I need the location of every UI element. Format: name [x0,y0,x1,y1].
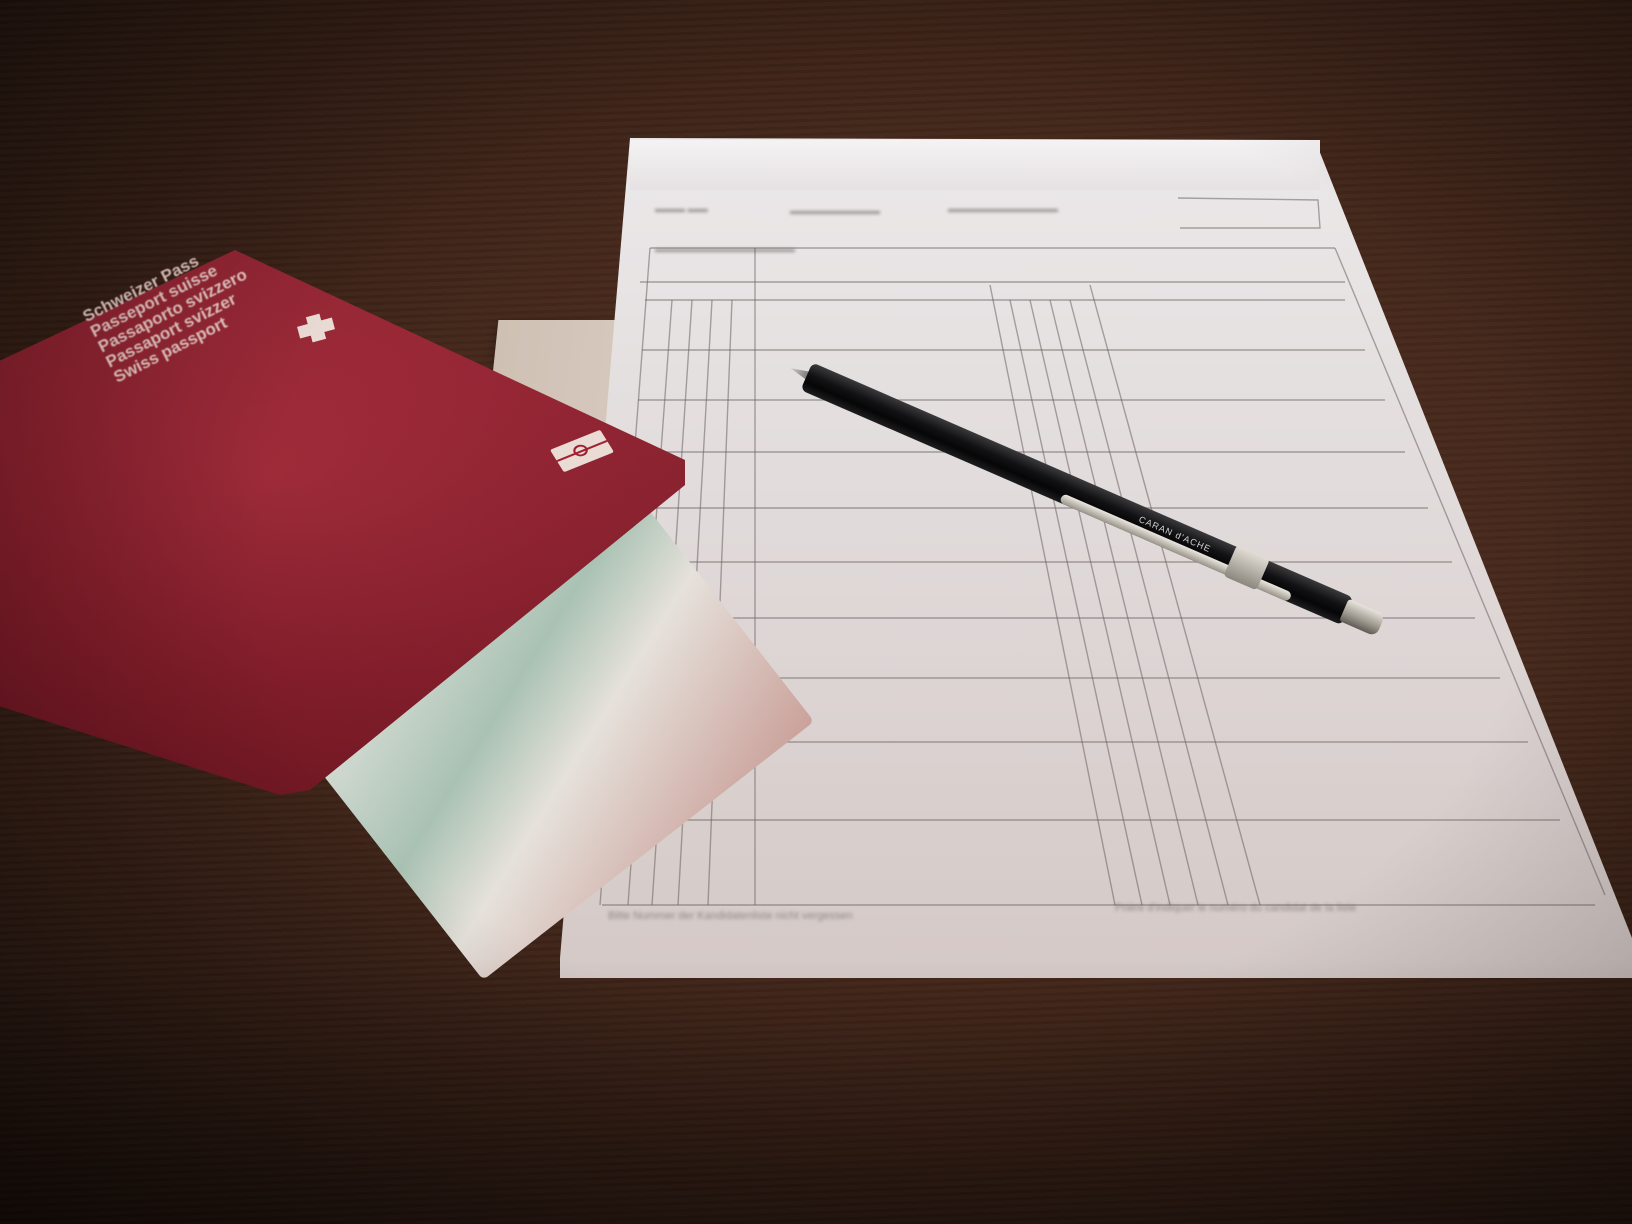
form-header-field: ▬▬▬▬▬▬▬▬▬▬▬ [948,204,1058,215]
table-foreground-shadow [0,960,1632,1224]
form-footer-left: Bitte Nummer der Kandidatenliste nicht v… [608,910,853,922]
form-footer-right: Prière d'indiquer le numéro du candidat … [1115,902,1356,914]
form-header-label: ▬▬▬ ▬▬ [655,204,708,215]
passport: Schweizer Pass Passeport suisse Passapor… [0,250,720,810]
form-header-field: ▬▬▬▬▬▬▬▬▬ [790,206,880,217]
